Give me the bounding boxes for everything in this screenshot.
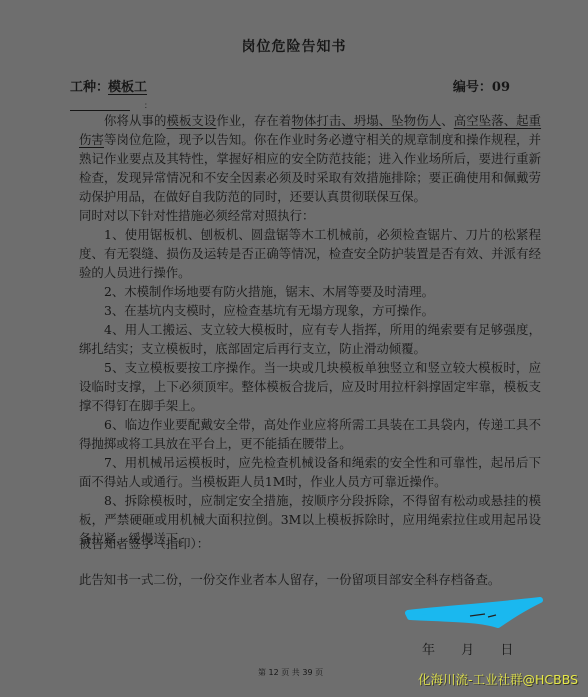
document-title: 岗位危险告知书 [0, 36, 588, 56]
addressee-colon: ： [144, 100, 152, 111]
work-type-underlined: 模板支设 [166, 113, 216, 128]
job-type-label: 工种： [70, 76, 109, 95]
copies-note: 此告知书一式二份，一份交作业者本人留存，一份留项目部安全科存档备查。 [79, 570, 500, 588]
date-year: 年 [422, 639, 435, 658]
measure-item-7: 7、用机械吊运模板时，应先检查机械设备和绳索的安全性和可靠性，起吊后下面不得站人… [79, 453, 541, 491]
signature-redaction-scribble [400, 595, 545, 635]
hazards-underlined-1: 物体打击、坍塌、坠物伤人 [291, 113, 441, 128]
measure-item-1: 1、使用锯板机、刨板机、圆盘锯等木工机械前，必须检查锯片、刀片的松紧程度、有无裂… [79, 225, 541, 282]
document-number: 编号：09 [453, 76, 510, 95]
measure-item-6: 6、临边作业要配戴安全带，高处作业应将所需工具装在工具袋内，传递工具不得抛掷或将… [79, 415, 541, 453]
date-month: 月 [461, 639, 474, 658]
measure-item-5: 5、支立模板要按工序操作。当一块或几块模板单独竖立和竖立较大模板时，应设临时支撑… [79, 358, 541, 415]
intro-text: 等岗位危险，现予以告知。你在作业时务必遵守相关的规章制度和操作规程，并熟记作业要… [79, 132, 541, 204]
intro-text: 你将从事的 [104, 113, 166, 128]
forum-watermark: 化海川流-工业社群@HCBBS [418, 670, 578, 688]
document-page: 岗位危险告知书 工种： 模板工 编号：09 ： 你将从事的模板支设作业，存在着物… [0, 0, 588, 697]
addressee-blank [70, 98, 130, 111]
intro-text: 作业，存在着 [216, 113, 291, 128]
date-day: 日 [500, 639, 513, 658]
measure-item-3: 3、在基坑内支模时，应检查基坑有无塌方现象，方可操作。 [79, 301, 541, 320]
intro-text: 、 [441, 113, 454, 128]
measure-item-2: 2、木模制作场地要有防火措施，锯末、木屑等要及时清理。 [79, 282, 541, 301]
notice-body: 你将从事的模板支设作业，存在着物体打击、坍塌、坠物伤人、高空坠落、起重伤害等岗位… [79, 111, 541, 548]
date-row: 年 月 日 [422, 639, 535, 658]
intro-paragraph: 你将从事的模板支设作业，存在着物体打击、坍塌、坠物伤人、高空坠落、起重伤害等岗位… [79, 111, 541, 206]
page-indicator: 第 12 页 共 39 页 [258, 667, 323, 678]
lead-line: 同时对以下针对性措施必须经常对照执行： [79, 206, 541, 225]
signature-label: 被告知者签字（指印）： [79, 534, 209, 552]
job-type-value: 模板工 [108, 76, 147, 95]
measure-item-4: 4、用人工搬运、支立较大模板时，应有专人指挥，所用的绳索要有足够强度，绑扎结实；… [79, 320, 541, 358]
